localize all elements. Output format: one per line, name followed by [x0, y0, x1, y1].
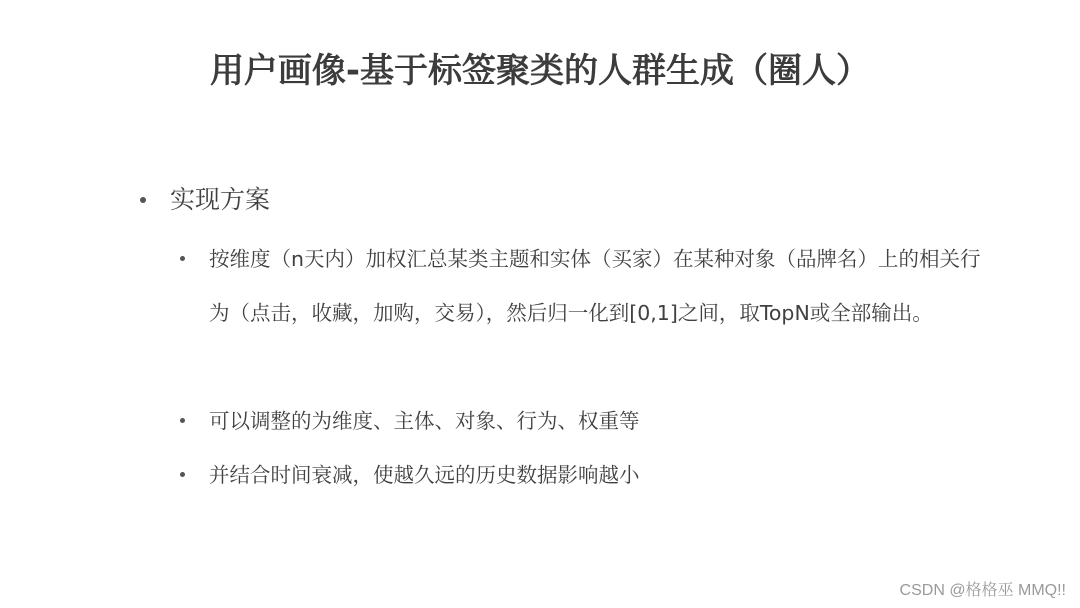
bullet-dot-icon — [180, 418, 185, 423]
sub-bullet-list-item: 可以调整的为维度、主体、对象、行为、权重等 — [180, 394, 1020, 448]
section-bullet: 实现方案 — [140, 182, 270, 218]
bullet-dot-icon — [180, 472, 185, 477]
sub-bullet-text: 按维度（n天内）加权汇总某类主题和实体（买家）在某种对象（品牌名）上的相关行为（… — [209, 232, 999, 340]
watermark: CSDN @格格巫 MMQ!! — [900, 577, 1066, 600]
bullet-dot-icon — [180, 256, 185, 261]
bullet-dot-icon — [140, 197, 146, 203]
sub-bullet-list-item: 按维度（n天内）加权汇总某类主题和实体（买家）在某种对象（品牌名）上的相关行为（… — [180, 232, 1020, 340]
sub-bullet-text: 并结合时间衰减，使越久远的历史数据影响越小 — [209, 448, 999, 502]
slide: 用户画像-基于标签聚类的人群生成（圈人） 实现方案 按维度（n天内）加权汇总某类… — [0, 0, 1080, 608]
sub-bullet-list-item: 并结合时间衰减，使越久远的历史数据影响越小 — [180, 448, 1020, 502]
slide-title: 用户画像-基于标签聚类的人群生成（圈人） — [0, 46, 1080, 96]
sub-bullet-text: 可以调整的为维度、主体、对象、行为、权重等 — [209, 394, 999, 448]
section-label: 实现方案 — [170, 182, 270, 218]
